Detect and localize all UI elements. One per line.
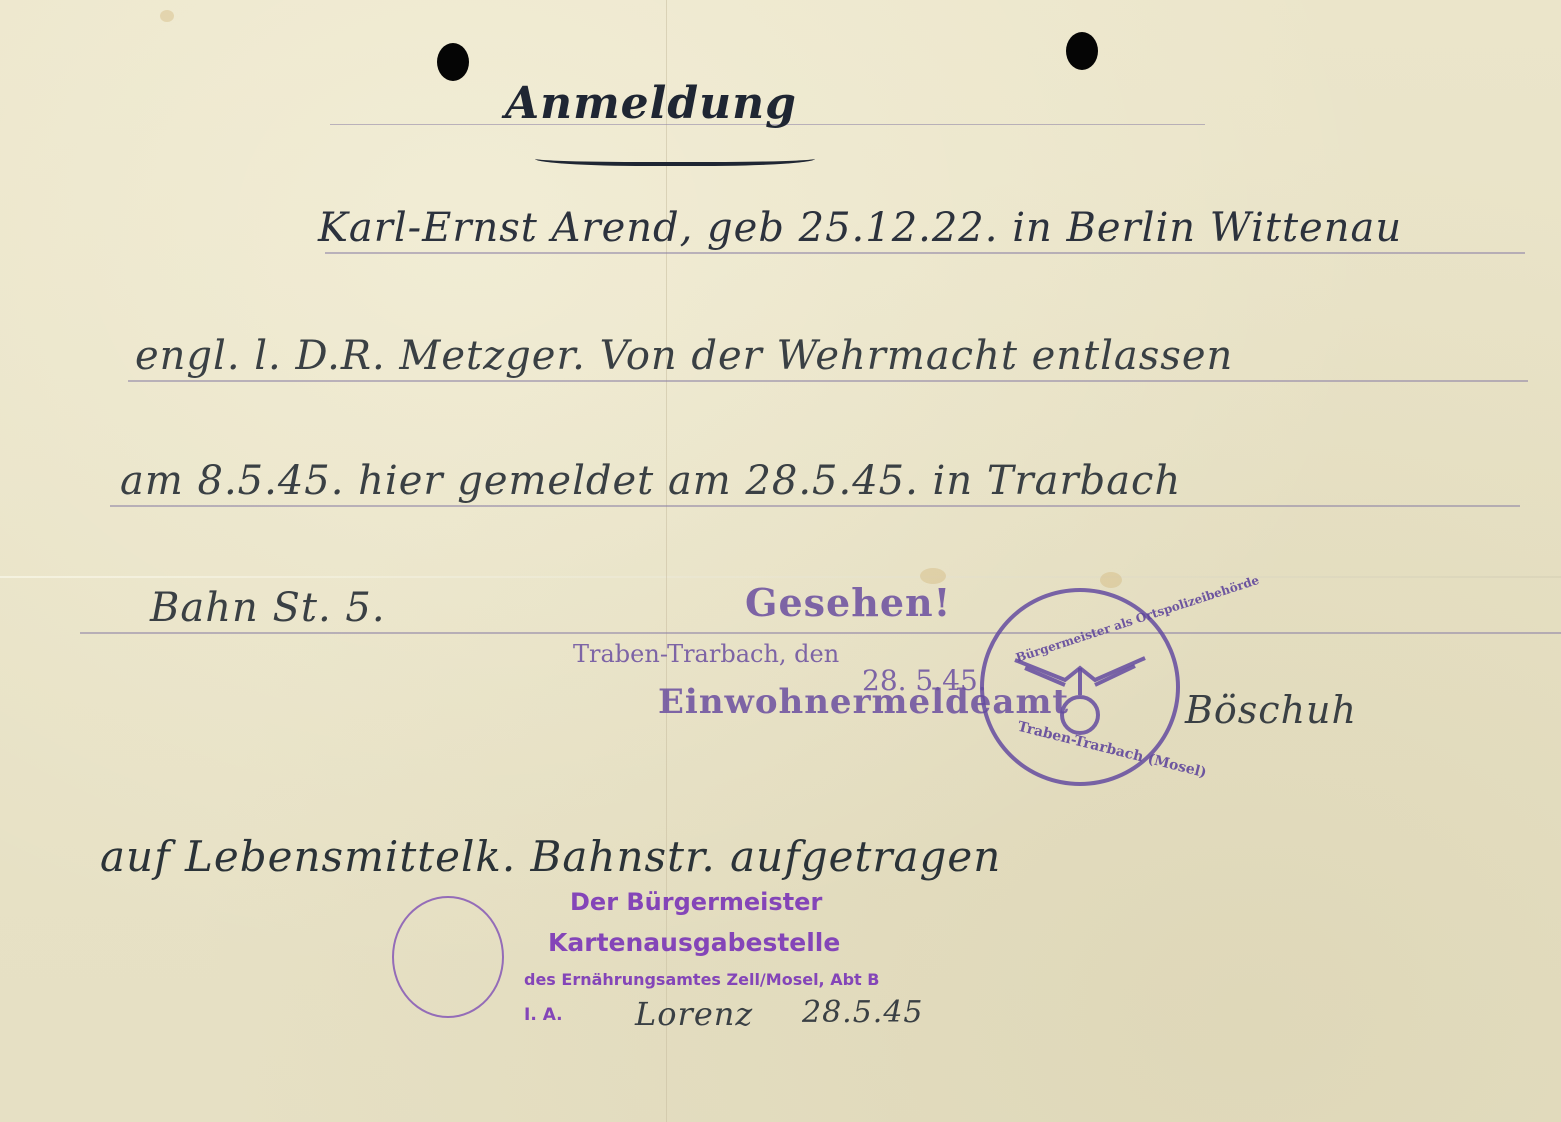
paper-stain	[1100, 572, 1122, 588]
faint-round-stamp	[392, 896, 504, 1018]
note-line: auf Lebensmittelk. Bahnstr. aufgetragen	[100, 832, 1001, 881]
handwritten-line-4: Bahn St. 5.	[150, 585, 386, 631]
ration-stamp-line-1: Der Bürgermeister	[570, 888, 822, 916]
document-page: Anmeldung Karl-Ernst Arend, geb 25.12.22…	[0, 0, 1561, 1122]
signature-right: Böschuh	[1185, 688, 1357, 732]
paper-stain	[160, 10, 174, 22]
ration-stamp-signature: Lorenz	[635, 995, 753, 1033]
ruled-line-2	[128, 380, 1528, 382]
ration-stamp-line-4: I. A.	[524, 1005, 563, 1025]
ration-stamp-line-3: des Ernährungsamtes Zell/Mosel, Abt B	[524, 970, 879, 989]
stamp-seen-place: Traben-Trarbach, den	[573, 640, 839, 668]
ration-stamp-date: 28.5.45	[802, 995, 924, 1030]
title-underline-flourish	[535, 148, 815, 166]
punch-hole-left	[437, 43, 469, 81]
eagle-emblem-icon	[1010, 640, 1150, 740]
document-title: Anmeldung	[505, 78, 797, 129]
handwritten-line-2: engl. l. D.R. Metzger. Von der Wehrmacht…	[135, 333, 1233, 379]
stamp-seen-heading: Gesehen!	[745, 580, 951, 625]
handwritten-line-3: am 8.5.45. hier gemeldet am 28.5.45. in …	[120, 458, 1181, 504]
punch-hole-right	[1066, 32, 1098, 70]
ruled-line-4	[80, 632, 1561, 634]
ration-stamp-line-2: Kartenausgabestelle	[548, 928, 840, 957]
ruled-line-3	[110, 505, 1520, 507]
ruled-line-1	[325, 252, 1525, 254]
handwritten-line-1: Karl-Ernst Arend, geb 25.12.22. in Berli…	[318, 205, 1402, 251]
paper-fold-horizontal	[0, 576, 1561, 578]
